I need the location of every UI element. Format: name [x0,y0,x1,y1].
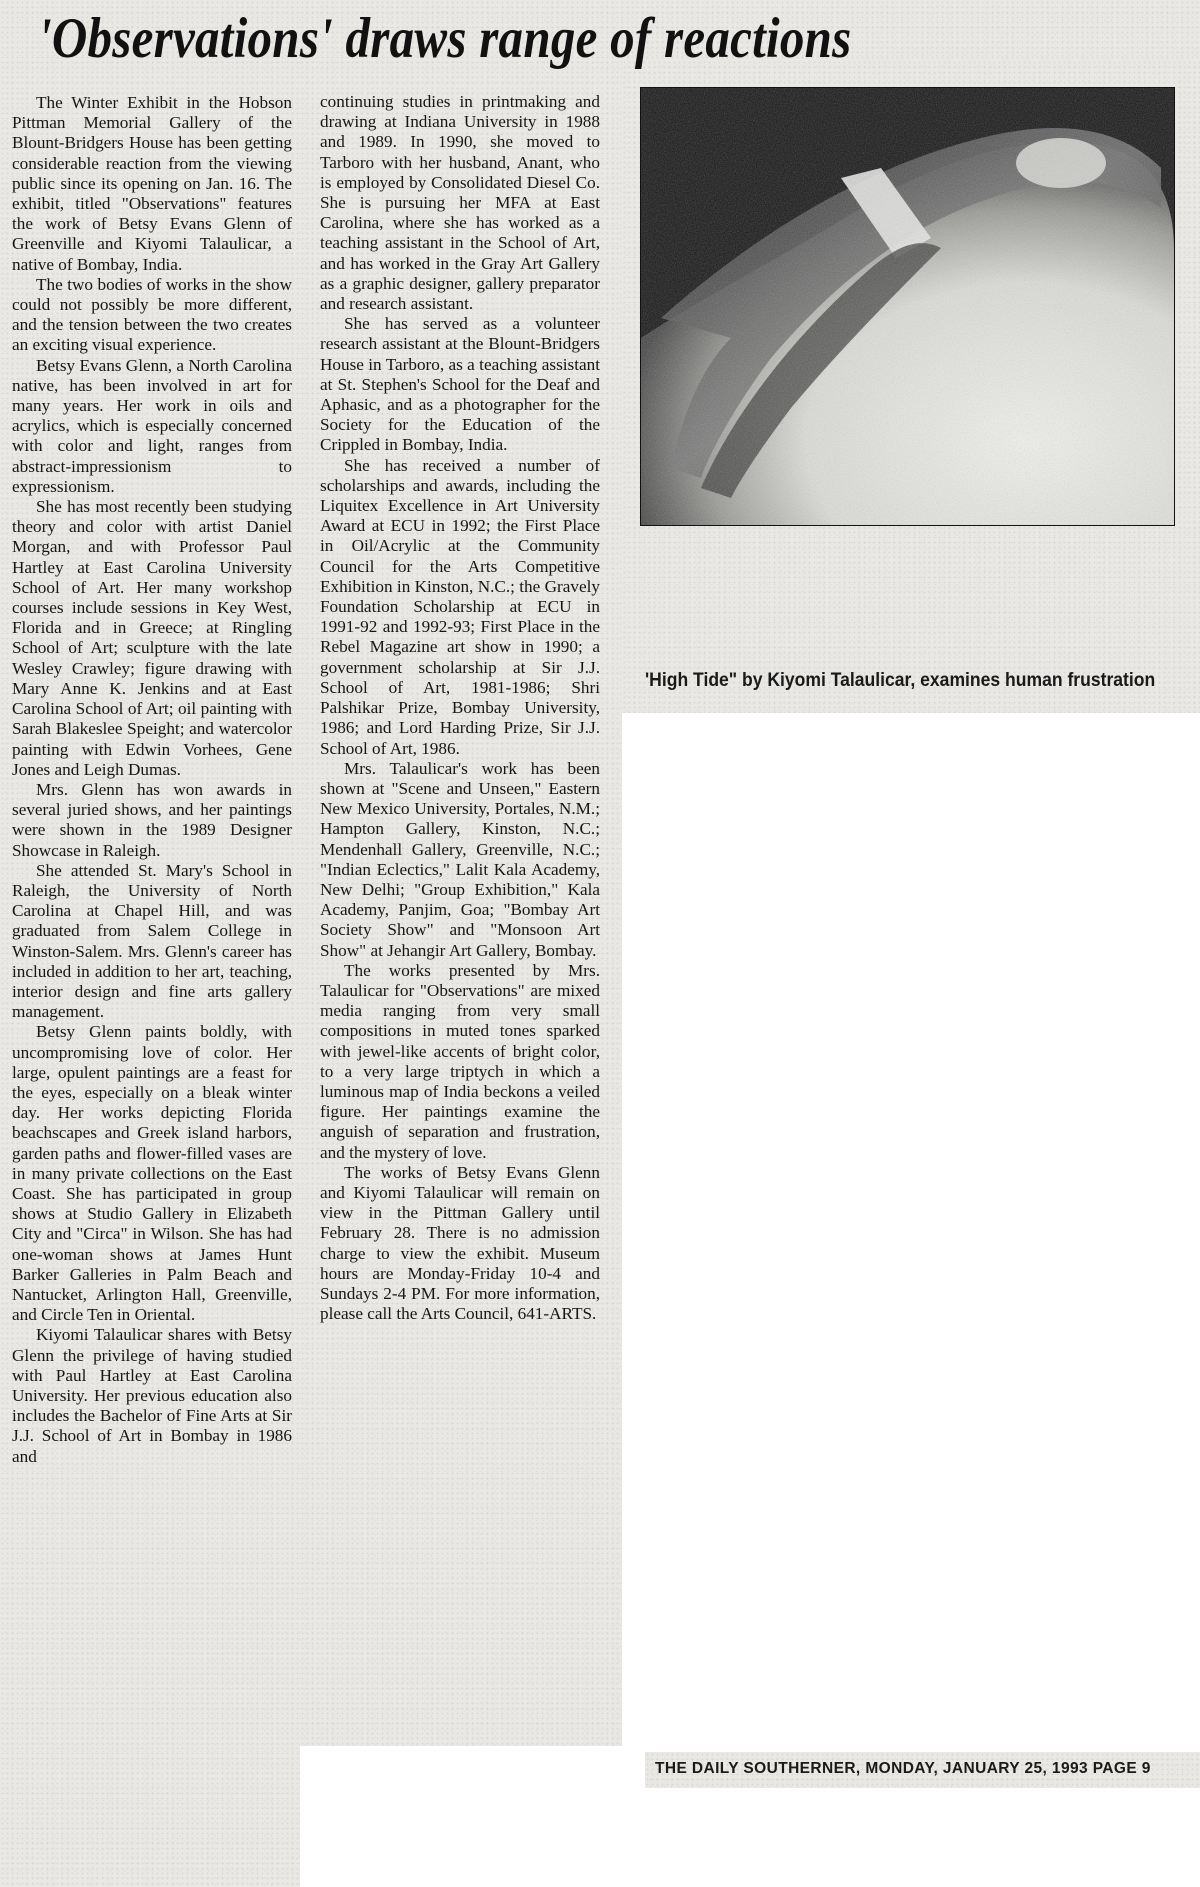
painting-image [641,88,1174,525]
paragraph: continuing studies in printmaking and dr… [320,92,600,314]
paragraph: The works presented by Mrs. Talaulicar f… [320,961,600,1163]
paragraph: She has received a number of scholarship… [320,456,600,759]
paragraph: The two bodies of works in the show coul… [12,275,292,356]
paragraph: Betsy Evans Glenn, a North Carolina nati… [12,356,292,497]
paragraph: She attended St. Mary's School in Raleig… [12,861,292,1023]
paragraph: She has most recently been studying theo… [12,497,292,780]
paragraph: She has served as a volunteer research a… [320,314,600,455]
paragraph: Kiyomi Talaulicar shares with Betsy Glen… [12,1325,292,1466]
artwork-photo [640,87,1175,526]
paragraph: Mrs. Talaulicar's work has been shown at… [320,759,600,961]
article-column-1: The Winter Exhibit in the Hobson Pittman… [12,93,292,1467]
paragraph: The works of Betsy Evans Glenn and Kiyom… [320,1163,600,1325]
article-headline: 'Observations' draws range of reactions [38,6,975,72]
paragraph: Betsy Glenn paints boldly, with uncompro… [12,1022,292,1325]
paragraph: Mrs. Glenn has won awards in several jur… [12,780,292,861]
photo-caption: 'High Tide" by Kiyomi Talaulicar, examin… [645,668,1131,692]
paragraph: The Winter Exhibit in the Hobson Pittman… [12,93,292,275]
publication-dateline: THE DAILY SOUTHERNER, MONDAY, JANUARY 25… [655,1757,1200,1781]
article-column-2: continuing studies in printmaking and dr… [320,92,600,1324]
